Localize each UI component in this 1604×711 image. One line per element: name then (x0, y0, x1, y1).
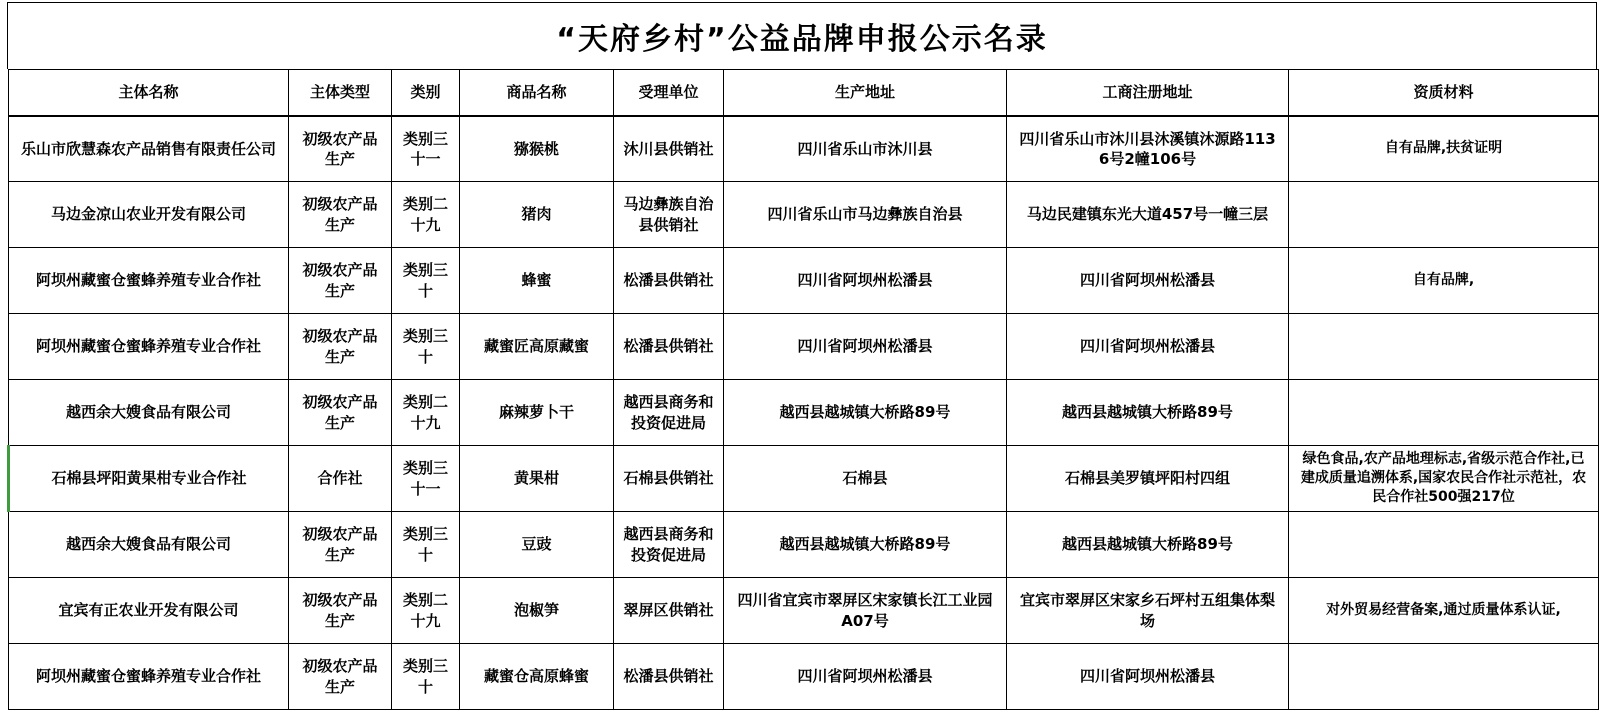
table-cell: 翠屏区供销社 (614, 578, 724, 644)
table-cell: 初级农产品生产 (289, 182, 392, 248)
table-cell: 初级农产品生产 (289, 644, 392, 710)
table-cell: 越西县越城镇大桥路89号 (724, 380, 1007, 446)
table-row: 越西余大嫂食品有限公司初级农产品生产类别三十豆豉越西县商务和投资促进局越西县越城… (9, 512, 1599, 578)
table-cell: 沐川县供销社 (614, 116, 724, 182)
table-cell: 阿坝州藏蜜仓蜜蜂养殖专业合作社 (9, 644, 289, 710)
table-cell: 类别二十九 (392, 380, 460, 446)
table-cell: 松潘县供销社 (614, 644, 724, 710)
table-cell: 类别三十一 (392, 116, 460, 182)
table-cell: 初级农产品生产 (289, 380, 392, 446)
table-cell: 阿坝州藏蜜仓蜜蜂养殖专业合作社 (9, 314, 289, 380)
table-cell: 石棉县 (724, 446, 1007, 512)
table-cell: 四川省阿坝州松潘县 (724, 314, 1007, 380)
column-header: 工商注册地址 (1007, 70, 1289, 116)
column-header: 受理单位 (614, 70, 724, 116)
table-cell: 四川省乐山市沐川县 (724, 116, 1007, 182)
table-cell (1289, 512, 1599, 578)
column-header: 类别 (392, 70, 460, 116)
table-cell: 松潘县供销社 (614, 314, 724, 380)
table-cell: 类别三十 (392, 512, 460, 578)
header-row: 主体名称主体类型类别商品名称受理单位生产地址工商注册地址资质材料 (9, 70, 1599, 116)
table-cell: 豆豉 (460, 512, 614, 578)
table-cell: 类别三十 (392, 314, 460, 380)
table-cell: 四川省宜宾市翠屏区宋家镇长江工业园A07号 (724, 578, 1007, 644)
table-cell: 泡椒笋 (460, 578, 614, 644)
column-header: 主体名称 (9, 70, 289, 116)
column-header: 主体类型 (289, 70, 392, 116)
table-row: 马边金凉山农业开发有限公司初级农产品生产类别二十九猪肉马边彝族自治县供销社四川省… (9, 182, 1599, 248)
table-cell: 越西余大嫂食品有限公司 (9, 512, 289, 578)
table-cell: 宜宾有正农业开发有限公司 (9, 578, 289, 644)
table-cell: 越西县商务和投资促进局 (614, 512, 724, 578)
table-cell: 自有品牌, (1289, 248, 1599, 314)
table-cell: 宜宾市翠屏区宋家乡石坪村五组集体梨场 (1007, 578, 1289, 644)
table-cell (1289, 314, 1599, 380)
table-cell: 阿坝州藏蜜仓蜜蜂养殖专业合作社 (9, 248, 289, 314)
table-cell: 初级农产品生产 (289, 248, 392, 314)
table-cell: 四川省阿坝州松潘县 (724, 248, 1007, 314)
table-cell: 四川省乐山市沐川县沐溪镇沐源路1136号2幢106号 (1007, 116, 1289, 182)
table-row: 宜宾有正农业开发有限公司初级农产品生产类别二十九泡椒笋翠屏区供销社四川省宜宾市翠… (9, 578, 1599, 644)
table-cell: 石棉县美罗镇坪阳村四组 (1007, 446, 1289, 512)
table-cell: 四川省阿坝州松潘县 (1007, 644, 1289, 710)
table-cell: 蜂蜜 (460, 248, 614, 314)
table-cell: 四川省阿坝州松潘县 (724, 644, 1007, 710)
table-row: 乐山市欣慧森农产品销售有限责任公司初级农产品生产类别三十一猕猴桃沐川县供销社四川… (9, 116, 1599, 182)
table-cell: 越西县越城镇大桥路89号 (724, 512, 1007, 578)
table-row: 阿坝州藏蜜仓蜜蜂养殖专业合作社初级农产品生产类别三十藏蜜匠高原藏蜜松潘县供销社四… (9, 314, 1599, 380)
table-body: 乐山市欣慧森农产品销售有限责任公司初级农产品生产类别三十一猕猴桃沐川县供销社四川… (9, 116, 1599, 710)
table-row: 阿坝州藏蜜仓蜜蜂养殖专业合作社初级农产品生产类别三十藏蜜仓高原蜂蜜松潘县供销社四… (9, 644, 1599, 710)
table-cell: 类别二十九 (392, 182, 460, 248)
table-cell: 类别二十九 (392, 578, 460, 644)
table-cell: 松潘县供销社 (614, 248, 724, 314)
table-cell: 越西县越城镇大桥路89号 (1007, 512, 1289, 578)
spreadsheet-area: “天府乡村”公益品牌申报公示名录 主体名称主体类型类别商品名称受理单位生产地址工… (7, 2, 1597, 710)
table-cell: 四川省阿坝州松潘县 (1007, 314, 1289, 380)
table-cell: 四川省阿坝州松潘县 (1007, 248, 1289, 314)
table-cell: 对外贸易经营备案,通过质量体系认证, (1289, 578, 1599, 644)
table-cell: 藏蜜仓高原蜂蜜 (460, 644, 614, 710)
column-header: 生产地址 (724, 70, 1007, 116)
table-cell: 绿色食品,农产品地理标志,省级示范合作社,已建成质量追溯体系,国家农民合作社示范… (1289, 446, 1599, 512)
table-cell: 马边金凉山农业开发有限公司 (9, 182, 289, 248)
table-cell (1289, 182, 1599, 248)
table-row: 石棉县坪阳黄果柑专业合作社合作社类别三十一黄果柑石棉县供销社石棉县石棉县美罗镇坪… (9, 446, 1599, 512)
table-cell (1289, 380, 1599, 446)
table-cell: 初级农产品生产 (289, 512, 392, 578)
table-row: 越西余大嫂食品有限公司初级农产品生产类别二十九麻辣萝卜干越西县商务和投资促进局越… (9, 380, 1599, 446)
column-header: 商品名称 (460, 70, 614, 116)
table-cell: 乐山市欣慧森农产品销售有限责任公司 (9, 116, 289, 182)
table-cell: 猪肉 (460, 182, 614, 248)
table-cell: 黄果柑 (460, 446, 614, 512)
table-cell: 类别三十 (392, 644, 460, 710)
table-cell: 石棉县坪阳黄果柑专业合作社 (9, 446, 289, 512)
table-cell: 类别三十 (392, 248, 460, 314)
table-cell: 四川省乐山市马边彝族自治县 (724, 182, 1007, 248)
table-cell: 藏蜜匠高原藏蜜 (460, 314, 614, 380)
table-header: 主体名称主体类型类别商品名称受理单位生产地址工商注册地址资质材料 (9, 70, 1599, 116)
page-title: “天府乡村”公益品牌申报公示名录 (7, 2, 1597, 69)
records-table: 主体名称主体类型类别商品名称受理单位生产地址工商注册地址资质材料 乐山市欣慧森农… (7, 69, 1599, 710)
table-cell: 猕猴桃 (460, 116, 614, 182)
table-cell: 马边民建镇东光大道457号一幢三层 (1007, 182, 1289, 248)
table-cell: 初级农产品生产 (289, 578, 392, 644)
table-cell: 石棉县供销社 (614, 446, 724, 512)
table-cell: 马边彝族自治县供销社 (614, 182, 724, 248)
table-cell: 越西余大嫂食品有限公司 (9, 380, 289, 446)
column-header: 资质材料 (1289, 70, 1599, 116)
table-cell (1289, 644, 1599, 710)
table-row: 阿坝州藏蜜仓蜜蜂养殖专业合作社初级农产品生产类别三十蜂蜜松潘县供销社四川省阿坝州… (9, 248, 1599, 314)
table-cell: 类别三十一 (392, 446, 460, 512)
table-cell: 合作社 (289, 446, 392, 512)
table-cell: 麻辣萝卜干 (460, 380, 614, 446)
table-cell: 自有品牌,扶贫证明 (1289, 116, 1599, 182)
table-cell: 越西县商务和投资促进局 (614, 380, 724, 446)
table-cell: 初级农产品生产 (289, 116, 392, 182)
table-cell: 越西县越城镇大桥路89号 (1007, 380, 1289, 446)
table-cell: 初级农产品生产 (289, 314, 392, 380)
